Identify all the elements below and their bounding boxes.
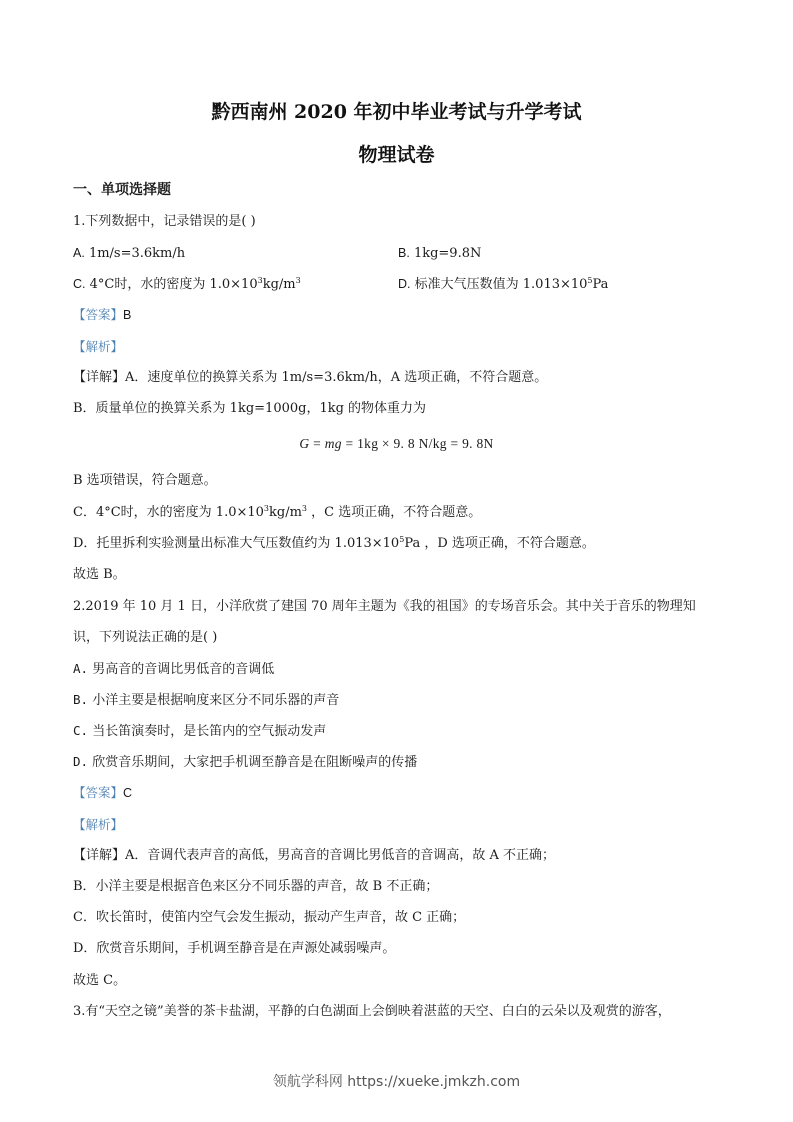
q2-option-b: B. 小洋主要是根据响度来区分不同乐器的声音 (73, 691, 339, 710)
formula-mg: mg (325, 436, 342, 451)
q1-option-a-text: 1m/s=3.6km/h (85, 246, 185, 261)
q2-option-b-text: 小洋主要是根据响度来区分不同乐器的声音 (88, 693, 339, 708)
q1-analysis-tag: 【解析】 (73, 338, 123, 357)
q2-explanation-b: B．小洋主要是根据音色来区分不同乐器的声音，故 B 不正确； (73, 878, 438, 896)
q2-option-c-label: C. (73, 723, 88, 738)
q1-option-b-text: 1kg=9.8N (410, 246, 482, 261)
section-heading: 一、单项选择题 (73, 181, 171, 199)
unit-text: Pa (593, 277, 609, 292)
q1-explanation-a: 【详解】A．速度单位的换算关系为 1m/s=3.6km/h，A 选项正确，不符合… (73, 369, 547, 387)
q2-option-a: A. 男高音的音调比男低音的音调低 (73, 660, 274, 679)
q2-option-d: D. 欣赏音乐期间，大家把手机调至静音是在阻断噪声的传播 (73, 753, 417, 772)
q1-option-d-text: 标准大气压数值为 1.013×10 (411, 277, 588, 292)
q1-explanation-c: C．4°C时，水的密度为 1.0×103kg/m3 ，C 选项正确，不符合题意。 (73, 504, 481, 522)
q1-answer: 【答案】B (73, 306, 131, 325)
formula-rest: = 1kg × 9. 8 N/kg = 9. 8N (342, 436, 494, 451)
question-3-stem-line1: 3.有“天空之镜”美誉的茶卡盐湖，平静的白色湖面上会倒映着湛蓝的天空、白白的云朵… (73, 1003, 671, 1021)
question-1-stem: 1.下列数据中，记录错误的是( ) (73, 213, 256, 231)
footer-watermark: 领航学科网 https://xueke.jmkzh.com (0, 1071, 793, 1091)
explanation-text: A．音调代表声音的高低，男高音的音调比男低音的音调高，故 A 不正确； (125, 848, 555, 863)
q2-option-d-text: 欣赏音乐期间，大家把手机调至静音是在阻断噪声的传播 (88, 755, 417, 770)
q1-conclusion: 故选 B。 (73, 566, 126, 584)
q1-explanation-b2: B 选项错误，符合题意。 (73, 472, 217, 490)
unit-text: kg/m (263, 277, 296, 292)
q1-formula: G = mg = 1kg × 9. 8 N/kg = 9. 8N (0, 434, 793, 454)
answer-value: C (123, 786, 132, 800)
detail-tag: 【详解】 (73, 848, 125, 863)
explanation-text: Pa ，D 选项正确，不符合题意。 (404, 536, 595, 551)
q1-option-c: C. 4°C时，水的密度为 1.0×103kg/m3 (73, 275, 301, 294)
q1-option-b: B. 1kg=9.8N (398, 244, 481, 263)
q1-option-c-label: C. (73, 277, 86, 291)
q2-option-a-label: A. (73, 661, 88, 676)
q2-option-a-text: 男高音的音调比男低音的音调低 (88, 662, 274, 677)
detail-tag: 【详解】 (73, 370, 125, 385)
q2-analysis-tag: 【解析】 (73, 816, 123, 835)
q1-option-d: D. 标准大气压数值为 1.013×105Pa (398, 275, 608, 294)
formula-equals: = (309, 436, 324, 451)
question-2-stem-line2: 识，下列说法正确的是( ) (73, 629, 217, 647)
explanation-text: A．速度单位的换算关系为 1m/s=3.6km/h，A 选项正确，不符合题意。 (125, 370, 547, 385)
q1-option-a-label: A. (73, 246, 85, 260)
document-title: 黔西南州 2020 年初中毕业考试与升学考试 (0, 100, 793, 124)
q2-explanation-c: C．吹长笛时，使笛内空气会发生振动，振动产生声音，故 C 正确； (73, 909, 465, 927)
formula-variable-g: G (299, 436, 309, 451)
q2-conclusion: 故选 C。 (73, 972, 126, 990)
q1-explanation-b: B．质量单位的换算关系为 1kg=1000g，1kg 的物体重力为 (73, 400, 426, 418)
unit-text: kg/m (269, 505, 302, 520)
q1-option-c-text: 4°C时，水的密度为 1.0×10 (86, 277, 258, 292)
q2-explanation-d: D．欣赏音乐期间，手机调至静音是在声源处减弱噪声。 (73, 940, 395, 958)
answer-tag: 【答案】 (73, 785, 123, 800)
explanation-text: ，C 选项正确，不符合题意。 (307, 505, 481, 520)
q2-option-c: C. 当长笛演奏时，是长笛内的空气振动发声 (73, 722, 326, 741)
q2-answer: 【答案】C (73, 784, 132, 803)
answer-value: B (123, 308, 131, 322)
q2-option-b-label: B. (73, 692, 88, 707)
q1-explanation-d: D．托里拆利实验测量出标准大气压数值约为 1.013×105Pa ，D 选项正确… (73, 535, 595, 553)
q2-explanation-a: 【详解】A．音调代表声音的高低，男高音的音调比男低音的音调高，故 A 不正确； (73, 847, 555, 865)
answer-tag: 【答案】 (73, 307, 123, 322)
q1-option-b-label: B. (398, 246, 410, 260)
q1-option-d-label: D. (398, 277, 411, 291)
q2-option-d-label: D. (73, 754, 88, 769)
explanation-text: C．4°C时，水的密度为 1.0×10 (73, 505, 264, 520)
analysis-tag: 【解析】 (73, 339, 123, 354)
explanation-text: D．托里拆利实验测量出标准大气压数值约为 1.013×10 (73, 536, 399, 551)
superscript: 3 (296, 276, 301, 285)
document-subtitle: 物理试卷 (0, 143, 793, 167)
q1-option-a: A. 1m/s=3.6km/h (73, 244, 185, 263)
question-2-stem-line1: 2.2019 年 10 月 1 日，小洋欣赏了建国 70 周年主题为《我的祖国》… (73, 598, 696, 616)
analysis-tag: 【解析】 (73, 817, 123, 832)
q2-option-c-text: 当长笛演奏时，是长笛内的空气振动发声 (88, 724, 326, 739)
